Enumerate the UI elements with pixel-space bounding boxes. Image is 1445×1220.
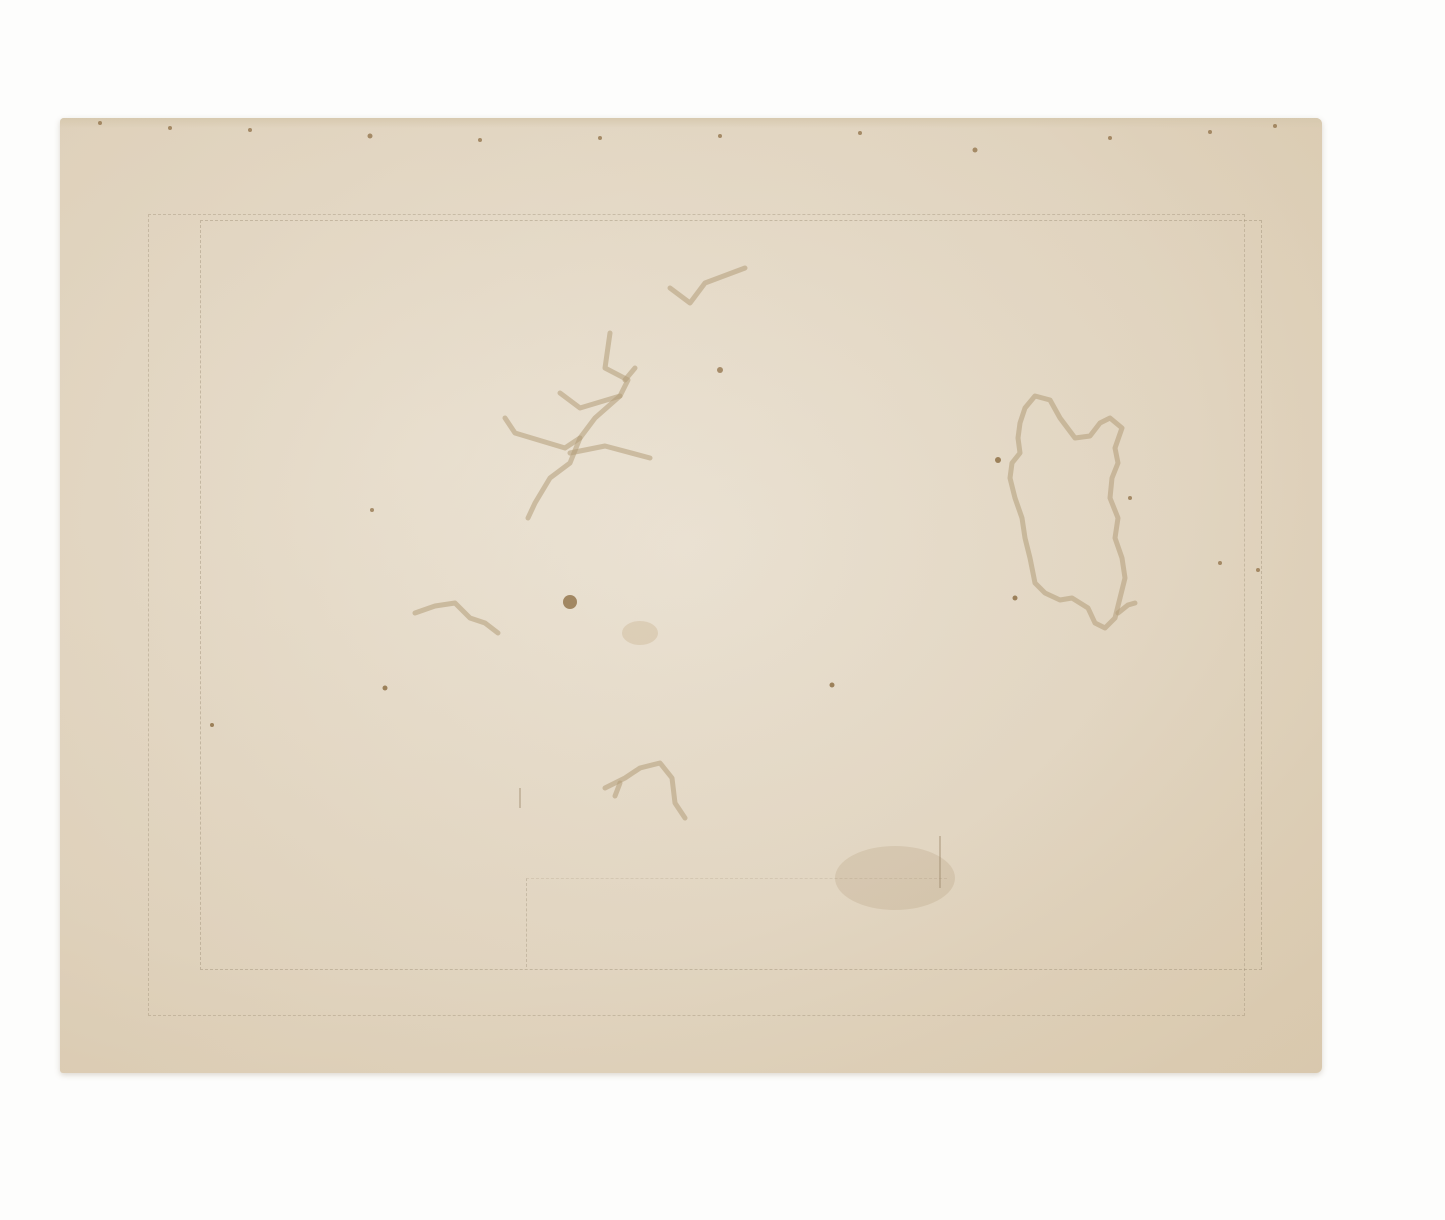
map-show-through (60, 118, 1322, 1073)
paper-sheet (60, 118, 1322, 1073)
